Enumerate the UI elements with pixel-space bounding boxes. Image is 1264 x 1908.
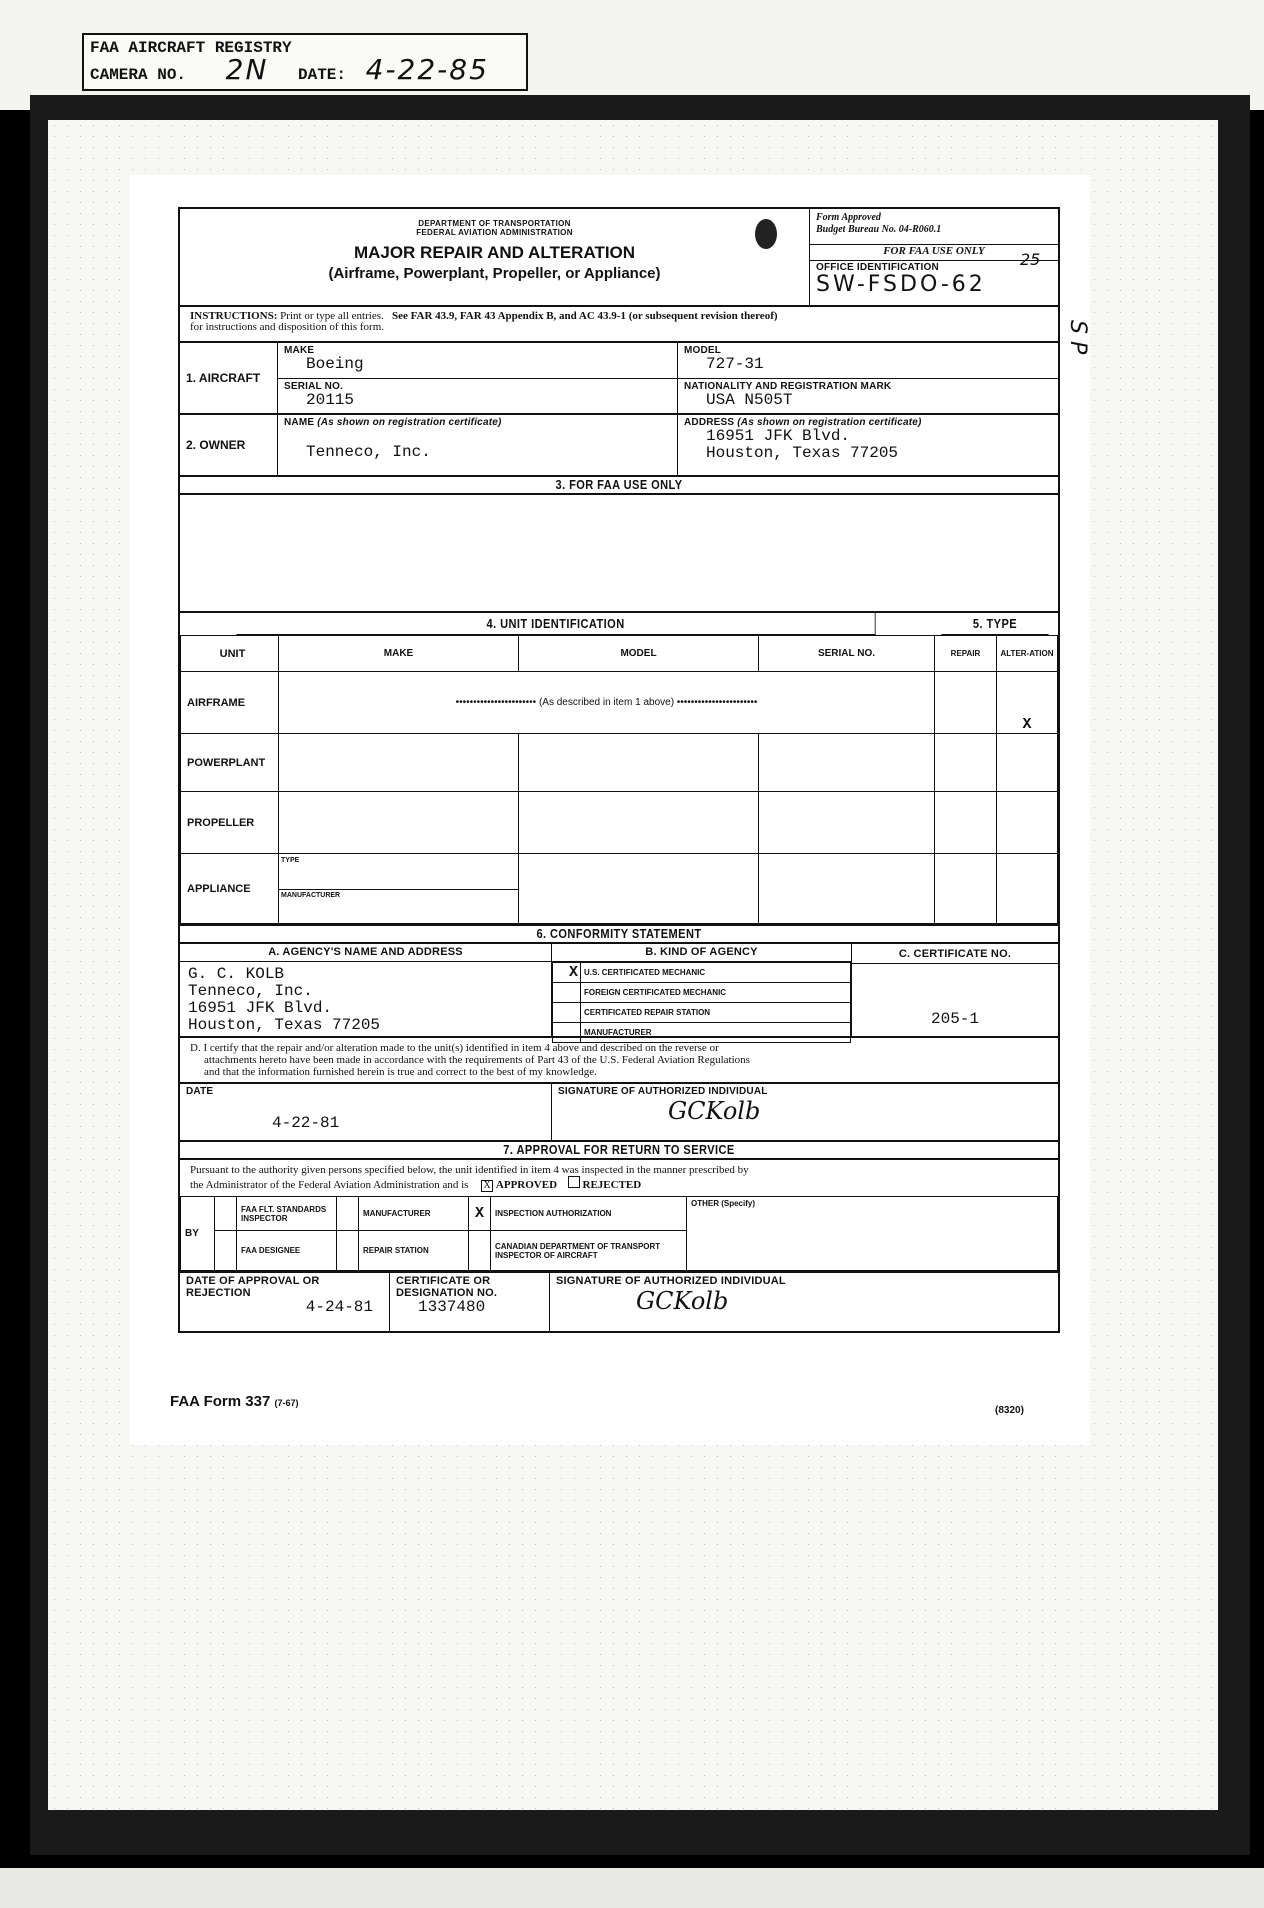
col-serial: SERIAL NO. bbox=[759, 636, 935, 672]
agency-label: A. AGENCY'S NAME AND ADDRESS bbox=[180, 944, 551, 962]
approval-statement: Pursuant to the authority given persons … bbox=[180, 1160, 1058, 1196]
owner-name-note: (As shown on registration certificate) bbox=[317, 417, 501, 428]
approval-date-value: 4-24-81 bbox=[186, 1299, 383, 1316]
powerplant-serial[interactable] bbox=[759, 734, 935, 792]
instructions-row: INSTRUCTIONS: Print or type all entries.… bbox=[180, 307, 1058, 343]
kind-row: FOREIGN CERTIFICATED MECHANIC bbox=[553, 983, 851, 1003]
agency-lines: G. C. KOLB Tenneco, Inc. 16951 JFK Blvd.… bbox=[180, 962, 551, 1038]
serial-field[interactable]: SERIAL NO. 20115 bbox=[278, 379, 677, 414]
approval-title: 7. APPROVAL FOR RETURN TO SERVICE bbox=[246, 1142, 992, 1158]
agency-line: G. C. KOLB bbox=[188, 966, 543, 983]
approval-signature-label: SIGNATURE OF AUTHORIZED INDIVIDUAL bbox=[556, 1275, 1052, 1287]
appliance-serial[interactable] bbox=[759, 854, 935, 924]
approval-cert-field[interactable]: CERTIFICATE OR DESIGNATION NO. 1337480 bbox=[390, 1273, 550, 1331]
agency-name-address[interactable]: A. AGENCY'S NAME AND ADDRESS G. C. KOLB … bbox=[180, 944, 552, 1036]
kind-table: XU.S. CERTIFICATED MECHANIC FOREIGN CERT… bbox=[552, 962, 851, 1043]
canadian-checkbox[interactable] bbox=[469, 1231, 491, 1271]
appliance-type-manufacturer[interactable]: TYPE MANUFACTURER bbox=[279, 854, 519, 924]
designee-label: FAA DESIGNEE bbox=[237, 1231, 337, 1271]
repair-station-label: REPAIR STATION bbox=[359, 1231, 469, 1271]
kind-row: CERTIFICATED REPAIR STATION bbox=[553, 1003, 851, 1023]
unit-label: APPLIANCE bbox=[181, 854, 279, 924]
form-code: (8320) bbox=[995, 1405, 1024, 1416]
unit-id-table-row: UNIT MAKE MODEL SERIAL NO. REPAIR ALTER-… bbox=[180, 635, 1058, 926]
owner-address-line2: Houston, Texas 77205 bbox=[684, 445, 1052, 462]
unit-row-powerplant: POWERPLANT bbox=[181, 734, 1058, 792]
approval-signature-field[interactable]: SIGNATURE OF AUTHORIZED INDIVIDUAL GCKol… bbox=[550, 1273, 1058, 1331]
appliance-alteration-checkbox[interactable] bbox=[997, 854, 1058, 924]
owner-name-label: NAME bbox=[284, 417, 314, 428]
repair-station-checkbox[interactable] bbox=[337, 1231, 359, 1271]
conformity-date-field[interactable]: DATE 4-22-81 bbox=[180, 1084, 552, 1140]
conformity-signature: GCKolb bbox=[558, 1097, 1052, 1125]
unit-row-propeller: PROPELLER bbox=[181, 792, 1058, 854]
department: DEPARTMENT OF TRANSPORTATION bbox=[180, 219, 809, 228]
powerplant-make[interactable] bbox=[279, 734, 519, 792]
agency-line: Houston, Texas 77205 bbox=[188, 1017, 543, 1034]
date-value: 4-22-85 bbox=[366, 53, 489, 86]
faa-use-title-row: 3. FOR FAA USE ONLY bbox=[180, 477, 1058, 495]
unit-id-title: 4. UNIT IDENTIFICATION bbox=[236, 613, 875, 635]
certify-statement-row: D. I certify that the repair and/or alte… bbox=[180, 1038, 1058, 1084]
propeller-make[interactable] bbox=[279, 792, 519, 854]
airframe-repair-checkbox[interactable] bbox=[935, 672, 997, 734]
agency-line: 16951 JFK Blvd. bbox=[188, 1000, 543, 1017]
faa-form-337: DEPARTMENT OF TRANSPORTATION FEDERAL AVI… bbox=[178, 207, 1060, 1333]
owner-address-field[interactable]: ADDRESS (As shown on registration certif… bbox=[678, 415, 1058, 475]
kind-label-foreign-mechanic: FOREIGN CERTIFICATED MECHANIC bbox=[581, 983, 851, 1003]
registration-value: USA N505T bbox=[684, 392, 1052, 409]
faa-use-title: 3. FOR FAA USE ONLY bbox=[246, 477, 992, 493]
serial-value: 20115 bbox=[284, 392, 671, 409]
other-label: OTHER (Specify) bbox=[691, 1199, 755, 1208]
scan-bottom-margin bbox=[0, 1868, 1264, 1908]
model-field[interactable]: MODEL 727-31 bbox=[678, 343, 1058, 379]
form-number: FAA Form 337 (7-67) bbox=[170, 1393, 299, 1410]
certify-text: I certify that the repair and/or alterat… bbox=[203, 1042, 718, 1054]
form-title-block: DEPARTMENT OF TRANSPORTATION FEDERAL AVI… bbox=[180, 209, 810, 305]
unit-row-airframe: AIRFRAME ••••••••••••••••••••••• (As des… bbox=[181, 672, 1058, 734]
conformity-body: A. AGENCY'S NAME AND ADDRESS G. C. KOLB … bbox=[180, 944, 1058, 1038]
conformity-title: 6. CONFORMITY STATEMENT bbox=[246, 926, 992, 942]
owner-name-value: Tenneco, Inc. bbox=[284, 444, 671, 461]
powerplant-alteration-checkbox[interactable] bbox=[997, 734, 1058, 792]
by-row-1: BY FAA FLT. STANDARDS INSPECTOR MANUFACT… bbox=[181, 1197, 1058, 1231]
inspection-auth-checkbox[interactable]: X bbox=[469, 1197, 491, 1231]
conformity-signature-row: DATE 4-22-81 SIGNATURE OF AUTHORIZED IND… bbox=[180, 1084, 1058, 1142]
conformity-title-row: 6. CONFORMITY STATEMENT bbox=[180, 926, 1058, 944]
appliance-model[interactable] bbox=[519, 854, 759, 924]
margin-note-side: S P bbox=[1065, 320, 1090, 354]
model-value: 727-31 bbox=[684, 356, 1052, 373]
approval-signature: GCKolb bbox=[556, 1287, 1052, 1315]
kind-of-agency: B. KIND OF AGENCY XU.S. CERTIFICATED MEC… bbox=[552, 944, 852, 1036]
propeller-model[interactable] bbox=[519, 792, 759, 854]
kind-label-us-mechanic: U.S. CERTIFICATED MECHANIC bbox=[581, 963, 851, 983]
manufacturer-label: MANUFACTURER bbox=[359, 1197, 469, 1231]
certificate-number-field[interactable]: C. CERTIFICATE NO. 205-1 bbox=[852, 944, 1058, 1036]
propeller-repair-checkbox[interactable] bbox=[935, 792, 997, 854]
seal-icon bbox=[755, 219, 777, 249]
certify-text: attachments hereto have been made in acc… bbox=[190, 1054, 1048, 1066]
date-label: DATE: bbox=[298, 66, 346, 84]
form-approved-label: Form Approved bbox=[816, 212, 1052, 224]
flt-standards-label: FAA FLT. STANDARDS INSPECTOR bbox=[237, 1197, 337, 1231]
rejected-checkbox[interactable] bbox=[568, 1176, 580, 1188]
aircraft-section: 1. AIRCRAFT MAKE Boeing SERIAL NO. 20115… bbox=[180, 343, 1058, 415]
flt-standards-checkbox[interactable] bbox=[215, 1197, 237, 1231]
approval-text: Pursuant to the authority given persons … bbox=[190, 1164, 1048, 1176]
col-repair: REPAIR bbox=[935, 636, 997, 672]
approved-checkbox[interactable]: X bbox=[481, 1180, 493, 1192]
unit-label: POWERPLANT bbox=[181, 734, 279, 792]
make-field[interactable]: MAKE Boeing bbox=[278, 343, 677, 379]
approval-statement-row: Pursuant to the authority given persons … bbox=[180, 1160, 1058, 1196]
powerplant-repair-checkbox[interactable] bbox=[935, 734, 997, 792]
form-subtitle: (Airframe, Powerplant, Propeller, or App… bbox=[180, 265, 809, 282]
aircraft-section-label: 1. AIRCRAFT bbox=[180, 343, 278, 413]
owner-name-field[interactable]: NAME (As shown on registration certifica… bbox=[278, 415, 678, 475]
by-table: BY FAA FLT. STANDARDS INSPECTOR MANUFACT… bbox=[180, 1196, 1058, 1271]
form-name: FAA Form 337 bbox=[170, 1393, 270, 1410]
serial-label: SERIAL NO. bbox=[284, 381, 671, 392]
propeller-serial[interactable] bbox=[759, 792, 935, 854]
owner-section: 2. OWNER NAME (As shown on registration … bbox=[180, 415, 1058, 477]
certificate-value: 205-1 bbox=[852, 1010, 1058, 1028]
col-unit: UNIT bbox=[181, 636, 279, 672]
approval-date-label: DATE OF APPROVAL OR REJECTION bbox=[186, 1275, 336, 1299]
designee-checkbox[interactable] bbox=[215, 1231, 237, 1271]
type-title: 5. TYPE bbox=[941, 613, 1048, 635]
kind-label-repair-station: CERTIFICATED REPAIR STATION bbox=[581, 1003, 851, 1023]
certify-statement: D. I certify that the repair and/or alte… bbox=[180, 1038, 1058, 1082]
col-model: MODEL bbox=[519, 636, 759, 672]
airframe-note: ••••••••••••••••••••••• (As described in… bbox=[279, 672, 935, 734]
unit-row-appliance: APPLIANCE TYPE MANUFACTURER bbox=[181, 854, 1058, 924]
certify-text: and that the information furnished herei… bbox=[190, 1066, 1048, 1078]
approval-cert-label: CERTIFICATE OR DESIGNATION NO. bbox=[396, 1275, 543, 1299]
make-value: Boeing bbox=[284, 356, 671, 373]
faa-use-area[interactable] bbox=[180, 495, 1058, 613]
appliance-repair-checkbox[interactable] bbox=[935, 854, 997, 924]
approval-cert-value: 1337480 bbox=[396, 1299, 543, 1316]
conformity-signature-field[interactable]: SIGNATURE OF AUTHORIZED INDIVIDUAL GCKol… bbox=[552, 1084, 1058, 1140]
office-id-value: SW-FSDO-62 bbox=[816, 273, 1052, 297]
agency-line: Tenneco, Inc. bbox=[188, 983, 543, 1000]
registration-label: NATIONALITY AND REGISTRATION MARK bbox=[684, 381, 1052, 392]
form-approval-info: Form Approved Budget Bureau No. 04-R060.… bbox=[810, 209, 1058, 245]
instructions-reference: See FAR 43.9, FAR 43 Appendix B, and AC … bbox=[392, 310, 778, 322]
conformity-signature-label: SIGNATURE OF AUTHORIZED INDIVIDUAL bbox=[558, 1086, 1052, 1097]
by-row: BY FAA FLT. STANDARDS INSPECTOR MANUFACT… bbox=[180, 1196, 1058, 1273]
col-make: MAKE bbox=[279, 636, 519, 672]
conformity-date-label: DATE bbox=[186, 1086, 545, 1097]
rejected-label: REJECTED bbox=[583, 1179, 642, 1191]
by-label: BY bbox=[181, 1197, 215, 1271]
registration-field[interactable]: NATIONALITY AND REGISTRATION MARK USA N5… bbox=[678, 379, 1058, 414]
certify-prefix: D. bbox=[190, 1042, 201, 1054]
manufacturer-checkbox[interactable] bbox=[337, 1197, 359, 1231]
other-specify-field[interactable]: OTHER (Specify) bbox=[687, 1197, 1058, 1271]
kind-checkbox[interactable]: X bbox=[553, 963, 581, 983]
budget-bureau-number: Budget Bureau No. 04-R060.1 bbox=[816, 224, 1052, 236]
margin-note-top: 25 bbox=[1020, 250, 1040, 269]
approved-label: APPROVED bbox=[496, 1179, 557, 1191]
inspection-auth-label: INSPECTION AUTHORIZATION bbox=[491, 1197, 687, 1231]
form-header: DEPARTMENT OF TRANSPORTATION FEDERAL AVI… bbox=[180, 209, 1058, 307]
unit-id-header-row: 4. UNIT IDENTIFICATION 5. TYPE bbox=[180, 613, 1058, 635]
appliance-type-label: TYPE bbox=[279, 855, 518, 890]
conformity-date-value: 4-22-81 bbox=[250, 1115, 545, 1132]
propeller-alteration-checkbox[interactable] bbox=[997, 792, 1058, 854]
registry-stamp: FAA AIRCRAFT REGISTRY CAMERA NO. 2N DATE… bbox=[82, 33, 528, 91]
canadian-label: CANADIAN DEPARTMENT OF TRANSPORT INSPECT… bbox=[491, 1231, 687, 1271]
kind-row: XU.S. CERTIFICATED MECHANIC bbox=[553, 963, 851, 983]
agency: FEDERAL AVIATION ADMINISTRATION bbox=[180, 228, 809, 237]
approval-signature-row: DATE OF APPROVAL OR REJECTION 4-24-81 CE… bbox=[180, 1273, 1058, 1331]
certificate-label: C. CERTIFICATE NO. bbox=[852, 944, 1058, 964]
kind-label: B. KIND OF AGENCY bbox=[552, 944, 851, 962]
powerplant-model[interactable] bbox=[519, 734, 759, 792]
unit-label: AIRFRAME bbox=[181, 672, 279, 734]
camera-value: 2N bbox=[226, 53, 269, 86]
form-title: MAJOR REPAIR AND ALTERATION bbox=[180, 243, 809, 263]
instructions-text-2: for instructions and disposition of this… bbox=[190, 321, 384, 333]
unit-label: PROPELLER bbox=[181, 792, 279, 854]
unit-table-header: UNIT MAKE MODEL SERIAL NO. REPAIR ALTER-… bbox=[181, 636, 1058, 672]
col-alteration: ALTER-ATION bbox=[997, 636, 1058, 672]
approval-text: the Administrator of the Federal Aviatio… bbox=[190, 1179, 468, 1191]
owner-section-label: 2. OWNER bbox=[180, 415, 278, 475]
kind-checkbox[interactable] bbox=[553, 1003, 581, 1023]
owner-address-line1: 16951 JFK Blvd. bbox=[684, 428, 1052, 445]
instructions: INSTRUCTIONS: Print or type all entries.… bbox=[180, 307, 1058, 341]
approval-date-field[interactable]: DATE OF APPROVAL OR REJECTION 4-24-81 bbox=[180, 1273, 390, 1331]
airframe-alteration-checkbox[interactable]: X bbox=[997, 672, 1058, 734]
approval-title-row: 7. APPROVAL FOR RETURN TO SERVICE bbox=[180, 1142, 1058, 1160]
camera-label: CAMERA NO. bbox=[90, 66, 186, 84]
appliance-manufacturer-label: MANUFACTURER bbox=[279, 890, 518, 923]
unit-id-table: UNIT MAKE MODEL SERIAL NO. REPAIR ALTER-… bbox=[180, 635, 1058, 924]
kind-checkbox[interactable] bbox=[553, 983, 581, 1003]
form-revision: (7-67) bbox=[274, 1398, 298, 1408]
